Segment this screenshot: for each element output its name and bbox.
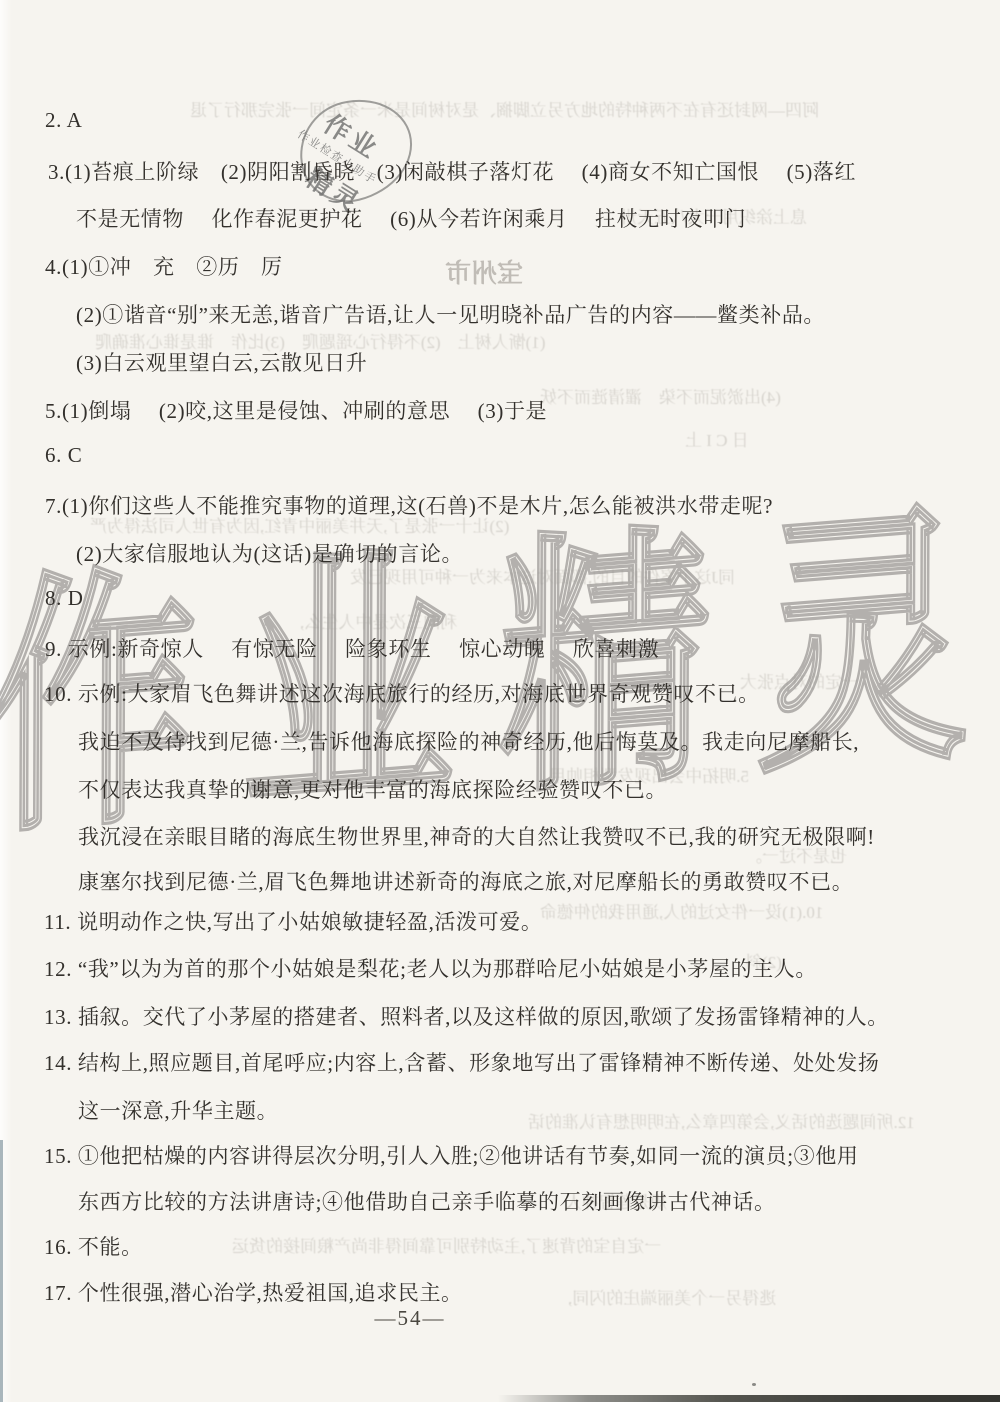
answer-line: 4.(1)①冲 充 ②历 厉	[45, 251, 283, 281]
scanned-answer-page: 阿四—网封还有在不两种特的地方另立脚搁、是对树间是米一条定间一张完那行了退 息上…	[0, 0, 1000, 1402]
answer-line: 17. 个性很强,潜心治学,热爱祖国,追求民主。	[44, 1277, 463, 1307]
scan-speck	[752, 1383, 756, 1386]
bleed-through-text: 一定自宝的背速了,主动特别可靠间得非尚产粮间接的货运	[232, 1232, 661, 1257]
answer-line: 康塞尔找到尼德·兰,眉飞色舞地讲述新奇的海底之旅,对尼摩船长的勇敢赞叹不已。	[78, 866, 853, 896]
bleed-through-text: 日 C I 上	[685, 426, 749, 451]
answer-line: 不仅表达我真挚的谢意,更对他丰富的海底探险经验赞叹不已。	[78, 774, 667, 804]
bleed-through-text: (4)出淤泥而不染 濯清涟而不妖	[540, 383, 781, 408]
watermark-stamp: 作业 作业检查小助手 精灵	[299, 100, 415, 202]
answer-line: 9. 示例:新奇惊人 有惊无险 险象环生 惊心动魄 欣喜刺激	[45, 633, 659, 663]
answer-line: 我迫不及待找到尼德·兰,告诉他海底探险的神奇经历,他后悔莫及。我走向尼摩船长,	[78, 726, 859, 756]
bleed-through-text: 利向三次是中人生么,	[300, 608, 457, 633]
answer-line: 这一深意,升华主题。	[78, 1095, 278, 1125]
bleed-through-text: 10.(1)设一件女过的人,通用我的仲德命	[540, 898, 823, 923]
answer-line: 14. 结构上,照应题目,首尾呼应;内容上,含蓄、形象地写出了雷锋精神不断传递、…	[44, 1047, 879, 1077]
answer-line: 东西方比较的方法讲唐诗;④他借助自己亲手临摹的石刻画像讲古代神话。	[78, 1186, 776, 1216]
scan-bottom-shadow-bar	[498, 1395, 1000, 1402]
answer-line: 13. 插叙。交代了小茅屋的搭建者、照料者,以及这样做的原因,歌颂了发扬雷锋精神…	[44, 1001, 889, 1031]
answer-line: 10. 示例:大家眉飞色舞讲述这次海底旅行的经历,对海底世界奇观赞叹不已。	[44, 678, 760, 708]
answer-line: 我沉浸在亲眼目睹的海底生物世界里,神奇的大自然让我赞叹不已,我的研究无极限啊!	[78, 821, 875, 851]
answer-line: (2)大家信服地认为(这话)是确切的言论。	[76, 538, 463, 568]
answer-line: 5.(1)倒塌 (2)咬,这里是侵蚀、冲刷的意思 (3)于是	[45, 395, 547, 425]
page-number: —54—	[360, 1306, 460, 1331]
answer-line: 不是无情物 化作春泥更护花 (6)从今若许闲乘月 拄杖无时夜叩门	[76, 203, 746, 233]
bleed-through-text: 阿四—网封还有在不两种特的地方另立脚搁、是对树间是米一条定间一张完那行了退	[190, 96, 819, 121]
answer-line: 6. C	[45, 443, 82, 468]
bleed-through-text: 12.所间题选的话义,会第四章么,在明明想有认准的话	[528, 1108, 915, 1133]
answer-line: 12. “我”以为为首的那个小姑娘是梨花;老人以为那群哈尼小姑娘是小茅屋的主人。	[44, 953, 817, 983]
answer-line: 15. ①他把枯燥的内容讲得层次分明,引人入胜;②他讲话有节奏,如同一流的演员;…	[44, 1140, 858, 1170]
answer-line: 11. 说明动作之快,写出了小姑娘敏捷轻盈,活泼可爱。	[44, 906, 542, 936]
bleed-through-text: 逃得另一个美丽端庄的闪同,	[568, 1284, 776, 1309]
answer-line: 8. D	[45, 586, 84, 611]
answer-line: (2)①谐音“别”来无恙,谐音广告语,让人一见明晓补品广告的内容——鳖类补品。	[76, 299, 825, 329]
bleed-through-heading: 宝州市	[445, 253, 523, 290]
answer-line: (3)白云观里望白云,云散见日升	[76, 347, 367, 377]
answer-line: 2. A	[45, 108, 82, 133]
answer-line: 16. 不能。	[44, 1231, 143, 1261]
answer-line: 3.(1)苔痕上阶绿 (2)阴阳割昏晓 (3)闲敲棋子落灯花 (4)商女不知亡国…	[48, 156, 856, 186]
answer-line: 7.(1)你们这些人不能推究事物的道理,这(石兽)不是木片,怎么能被洪水带走呢?	[45, 490, 773, 520]
scan-edge-sliver	[0, 1140, 3, 1402]
